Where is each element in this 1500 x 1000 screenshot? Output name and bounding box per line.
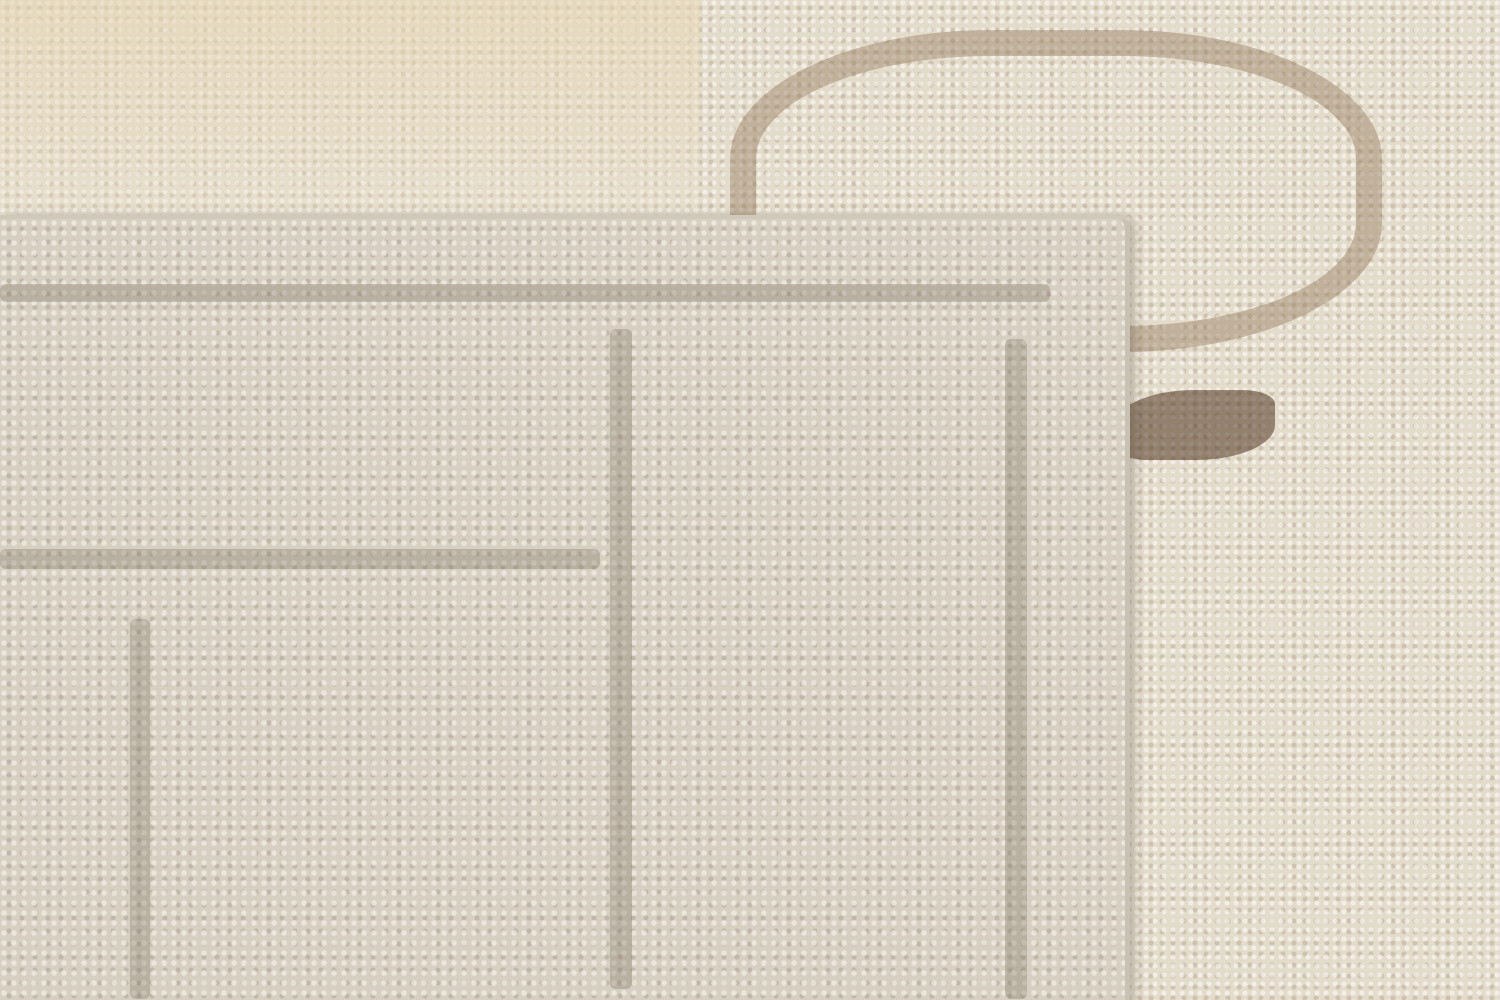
reverse-pattern-line: [0, 549, 600, 569]
reverse-pattern-line: [1005, 339, 1027, 999]
rug-border-band: [0, 0, 700, 210]
rug-photo: [0, 0, 1500, 1000]
rug-motif-dark-accent: [1115, 390, 1275, 460]
reverse-pattern-line: [610, 329, 632, 989]
reverse-pattern-line: [0, 284, 1050, 302]
reverse-pattern-line: [130, 619, 150, 999]
folded-corner: [0, 215, 1130, 1000]
